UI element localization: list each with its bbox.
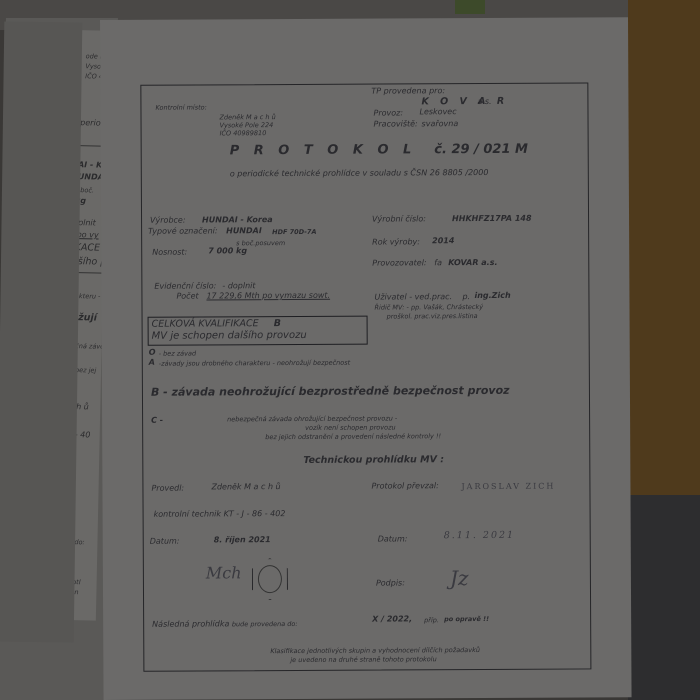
overall-qualification-box: CELKOVÁ KVALIFIKACE B MV je schopen dalš…: [148, 316, 368, 346]
user-name: ing.Zich: [474, 291, 510, 300]
protocol-subtitle: o periodické technické prohlídce v soula…: [230, 168, 489, 178]
operator-prefix: fa: [434, 258, 442, 267]
technician-line: kontrolní technik KT - J - 86 - 402: [154, 509, 286, 519]
date-value: 8. říjen 2021: [214, 535, 271, 544]
drivers-line: Řidič MV: - pp. Vašák, Chrástecký: [374, 303, 483, 312]
grade-c-line1: nebezpečná závada ohrožující bezpečnost …: [227, 414, 397, 423]
type-brand: HUNDAI: [226, 226, 262, 235]
folded-page-edge: [0, 21, 82, 642]
serial-label: Výrobní číslo:: [372, 214, 426, 223]
inspector-signature: Mch: [206, 563, 242, 582]
customer-name: K O V A R: [421, 96, 508, 107]
performed-for-label: TP provedena pro:: [371, 86, 445, 95]
date2-label: Datum:: [378, 534, 408, 543]
next-inspection-value: X / 2022,: [372, 614, 412, 623]
protocol-title: P R O T O K O Lč. 29 / 021 M: [230, 142, 528, 159]
protocol-page: Kontrolní místo: Zdeněk M a c h ů Vysoké…: [100, 17, 632, 700]
user-prefix: p.: [462, 292, 470, 301]
year-value: 2014: [432, 236, 454, 245]
operator-value: KOVAR a.s.: [448, 258, 497, 267]
performed-by-label: Provedl:: [151, 484, 184, 493]
evidence-label: Evidenční číslo:: [154, 281, 216, 290]
qualification-label: CELKOVÁ KVALIFIKACE B: [152, 318, 281, 330]
next-inspection-note: příp.: [424, 616, 439, 624]
background-corner: [455, 0, 485, 14]
hours-label: Počet: [176, 291, 198, 300]
qualification-grade: B: [274, 318, 281, 329]
footer-line2: je uvedeno na druhé straně tohoto protok…: [290, 655, 436, 664]
stamp-inner-ring: [258, 565, 282, 593]
fragment: bez jej: [75, 366, 96, 374]
manufacturer-value: HUNDAI - Korea: [202, 215, 273, 224]
workplace-label: Pracoviště:: [374, 119, 418, 128]
signature-label: Podpis:: [376, 578, 405, 587]
qualification-label-text: CELKOVÁ KVALIFIKACE: [152, 318, 259, 330]
year-label: Rok výroby:: [372, 237, 420, 246]
serial-value: HHKHFZ17PA 148: [452, 214, 532, 223]
inspector-ico: IČO 40989810: [220, 129, 267, 137]
next-inspection-note2: po opravě !!: [444, 615, 489, 623]
inspection-heading: Technickou prohlídku MV :: [303, 454, 444, 466]
capacity-value: 7 000 kg: [208, 246, 247, 255]
evidence-value: - doplnit: [222, 281, 255, 290]
date-label: Datum:: [150, 537, 180, 546]
received-by-label: Protokol převzal:: [371, 481, 438, 490]
grade-c-line3: bez jejich odstranění a provedení násled…: [265, 432, 441, 441]
title-text: P R O T O K O L: [230, 142, 417, 158]
grade-o: O: [149, 348, 156, 357]
grade-a-text: -závady jsou drobného charakteru - neohr…: [159, 359, 350, 368]
protocol-form: Kontrolní místo: Zdeněk M a c h ů Vysoké…: [140, 82, 591, 671]
user-label: Uživatel - ved.prac.: [374, 292, 452, 301]
grade-c: C -: [151, 416, 163, 425]
performed-by-value: Zdeněk M a c h ů: [211, 482, 280, 491]
next-inspection-label: Následná prohlídka bude provedena do:: [152, 619, 297, 629]
qualification-text: MV je schopen dalšího provozu: [152, 330, 307, 342]
grade-b-text: B - závada neohrožující bezprostředně be…: [151, 384, 510, 399]
background-wood: [628, 0, 700, 495]
grade-c-line2: vozík není schopen provozu: [305, 423, 396, 431]
workplace-value: svařovna: [422, 119, 459, 128]
type-label: Typové označení:: [148, 226, 218, 235]
footer-line1: Klasifikace jednotlivých skupin a vyhodn…: [270, 646, 480, 655]
grade-a: A: [149, 358, 155, 367]
hours-value: 17 229,6 Mth po vymazu sowt.: [206, 291, 330, 301]
capacity-label: Nosnost:: [152, 248, 187, 257]
manufacturer-label: Výrobce:: [150, 216, 186, 225]
operator-label: Provozovatel:: [372, 258, 426, 267]
protocol-number: č. 29 / 021 M: [434, 142, 528, 157]
received-by-signature: JAROSLAV ZICH: [461, 482, 555, 491]
drivers-line2: proškol. prac.viz.pres.listina: [387, 312, 478, 320]
operation-label: Provoz:: [373, 108, 403, 117]
type-model: HDF 70D-7A: [272, 228, 316, 236]
next-inspection-label-text2: bude provedena do:: [232, 620, 298, 628]
inspector-address: Vysoké Pole 224: [220, 121, 274, 129]
grade-o-text: - bez závad: [159, 350, 196, 358]
receiver-signature: Jz: [450, 566, 469, 590]
operation-value: Leskovec: [419, 107, 456, 116]
date2-handwritten: 8.11. 2021: [444, 530, 515, 541]
background-dark: [628, 495, 700, 700]
inspection-site-label: Kontrolní místo:: [155, 103, 206, 111]
customer-suffix: a.s.: [477, 97, 491, 106]
next-inspection-label-text: Následná prohlídka: [152, 619, 229, 628]
